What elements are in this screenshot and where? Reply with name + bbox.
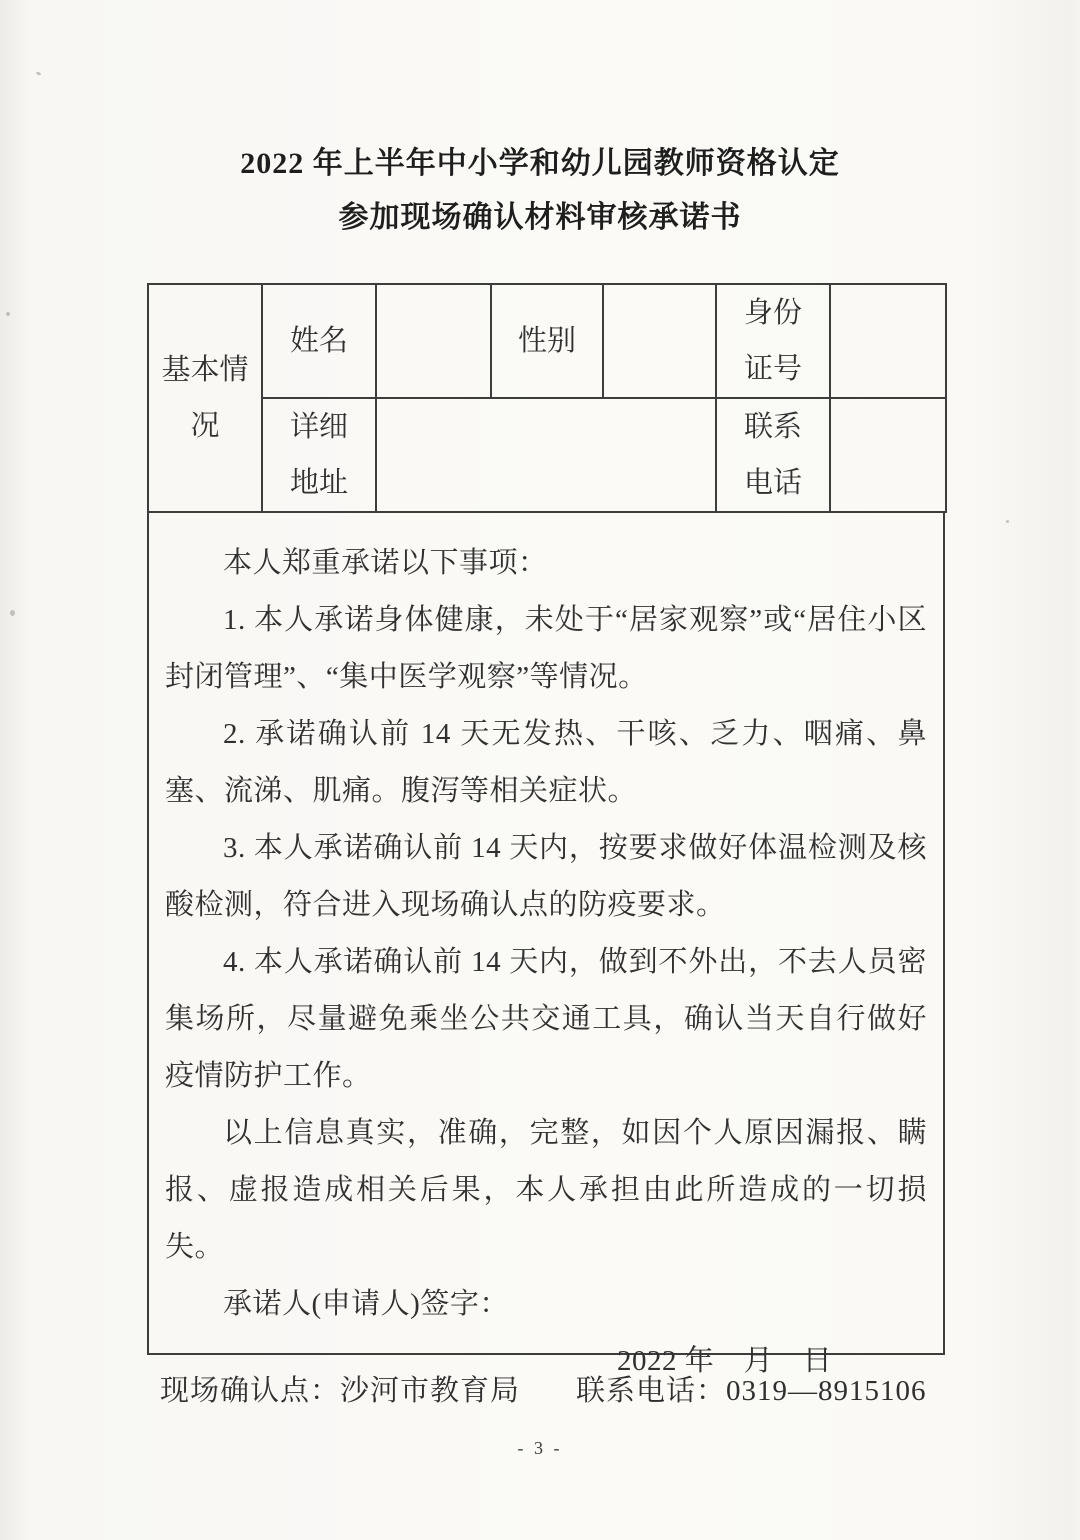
site-label: 现场确认点： [160, 1375, 340, 1407]
id-number-value-cell [830, 284, 946, 398]
table-row: 详细 地址 联系 电话 [148, 398, 946, 512]
basic-info-table: 基本情 况 姓名 性别 身份 证号 详细 地址 联系 电话 [147, 283, 947, 513]
basic-info-section-label: 基本情 况 [148, 284, 262, 512]
commitment-item-1: 1. 本人承诺身体健康，未处于“居家观察”或“居住小区封闭管理”、“集中医学观察… [165, 592, 927, 706]
commitment-form-box: 基本情 况 姓名 性别 身份 证号 详细 地址 联系 电话 本人郑重承诺以下事项… [147, 283, 945, 1355]
signature-line: 承诺人(申请人)签字： [165, 1276, 927, 1333]
gender-label-cell: 性别 [491, 284, 603, 398]
commitment-text-area: 本人郑重承诺以下事项： 1. 本人承诺身体健康，未处于“居家观察”或“居住小区封… [147, 513, 945, 1355]
scan-speck [1006, 520, 1009, 523]
address-value-cell [376, 398, 716, 512]
id-number-label-cell: 身份 证号 [716, 284, 830, 398]
document-title-line2: 参加现场确认材料审核承诺书 [0, 192, 1080, 236]
site-value: 沙河市教育局 [340, 1375, 520, 1407]
page-number: - 3 - [0, 1438, 1080, 1459]
commitment-item-3: 3. 本人承诺确认前 14 天内，按要求做好体温检测及核酸检测，符合进入现场确认… [165, 820, 927, 934]
commitment-closing: 以上信息真实，准确，完整，如因个人原因漏报、瞒报、虚报造成相关后果，本人承担由此… [165, 1105, 927, 1276]
scan-speck [36, 71, 42, 76]
contact-phone-value: 0319—8915106 [726, 1375, 927, 1407]
document-title-line1: 2022 年上半年中小学和幼儿园教师资格认定 [0, 138, 1080, 182]
scan-speck [6, 312, 10, 316]
table-row: 基本情 况 姓名 性别 身份 证号 [148, 284, 946, 398]
commitment-item-4: 4. 本人承诺确认前 14 天内，做到不外出，不去人员密集场所，尽量避免乘坐公共… [165, 934, 927, 1105]
commitment-item-2: 2. 承诺确认前 14 天无发热、干咳、乏力、咽痛、鼻塞、流涕、肌痛。腹泻等相关… [165, 706, 927, 820]
commitment-intro: 本人郑重承诺以下事项： [165, 535, 927, 592]
confirmation-site-line: 现场确认点：沙河市教育局联系电话：0319—8915106 [160, 1368, 927, 1409]
contact-phone-label: 联系电话： [576, 1375, 726, 1407]
name-value-cell [376, 284, 491, 398]
phone-label-cell: 联系 电话 [716, 398, 830, 512]
scan-speck [10, 610, 15, 616]
document-page: 2022 年上半年中小学和幼儿园教师资格认定 参加现场确认材料审核承诺书 基本情… [0, 0, 1080, 1540]
phone-value-cell [830, 398, 946, 512]
name-label-cell: 姓名 [262, 284, 376, 398]
address-label-cell: 详细 地址 [262, 398, 376, 512]
gender-value-cell [603, 284, 716, 398]
